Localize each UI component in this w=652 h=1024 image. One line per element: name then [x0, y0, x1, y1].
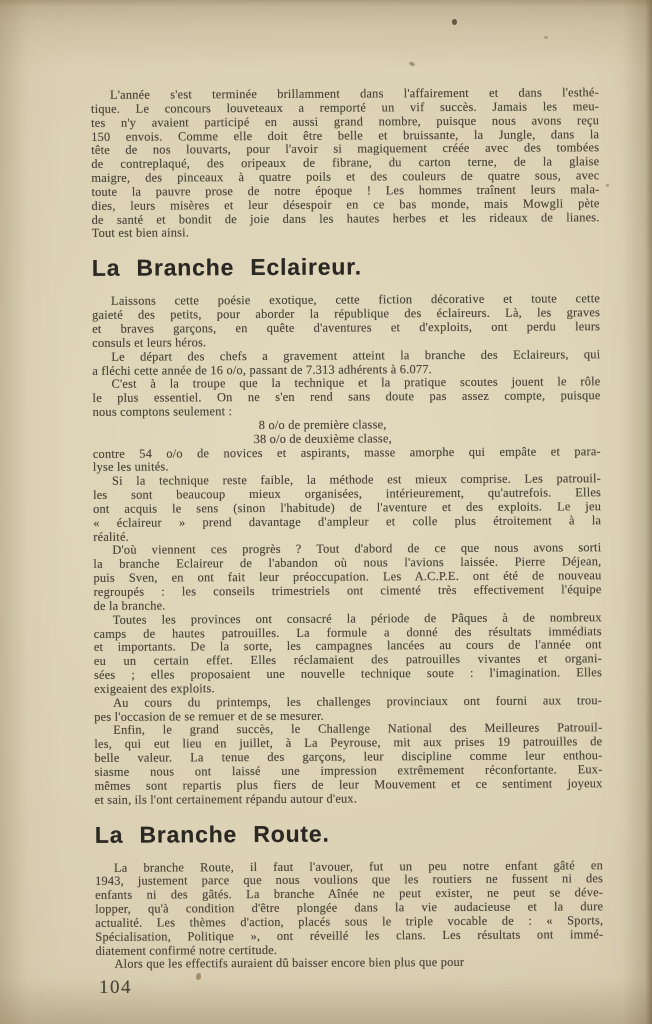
text-line: le plus essentiel. On ne s'en rend sans … [93, 389, 601, 406]
stats-block: 8 o/o de première classe,38 o/o de deuxi… [93, 417, 601, 447]
text-line: Au cours du printemps, les challenges pr… [94, 694, 602, 711]
paragraph: Toutes les provinces ont consacré la pér… [94, 611, 602, 697]
section-heading: La Branche Route. [95, 819, 603, 848]
scanned-book-page: L'année s'est terminée brillamment dans … [0, 0, 652, 1024]
paragraph: D'où viennent ces progrès ? Tout d'abord… [93, 542, 601, 614]
paragraph: L'année s'est terminée brillamment dans … [91, 86, 600, 241]
paragraph: Enfin, le grand succès, le Challenge Nat… [94, 722, 602, 808]
page-number: 104 [99, 977, 132, 999]
paragraph: Alors que les effectifs auraient dû bais… [95, 956, 603, 973]
text-line: Alors que les effectifs auraient dû bais… [95, 956, 603, 973]
paragraph: C'est à la troupe que la technique et la… [92, 376, 600, 420]
paragraph: Laissons cette poésie exotique, cette fi… [92, 293, 600, 351]
paragraph: contre 54 o/o de novices et aspirants, m… [93, 445, 601, 475]
stat-line: 38 o/o de deuxième classe, [69, 431, 577, 448]
paper-speck [606, 184, 609, 187]
text-line: « éclaireur » prend davantage d'ampleur … [93, 514, 601, 531]
text-line: et braves garçons, en quête d'aventures … [92, 320, 600, 337]
paragraph: Au cours du printemps, les challenges pr… [94, 694, 602, 724]
text-line: sées ; elles proposaient une nouvelle te… [94, 666, 602, 683]
section-heading: La Branche Eclaireur. [92, 253, 600, 282]
page-content: L'année s'est terminée brillamment dans … [0, 0, 652, 973]
paragraph: La branche Route, il faut l'avouer, fut … [95, 859, 604, 959]
paragraph: Le départ des chefs a gravement atteint … [92, 348, 600, 378]
paper-speck [452, 19, 457, 25]
paragraph: Si la technique reste faible, la méthode… [93, 472, 601, 544]
text-line: et sain, ils l'ont certainement répandu … [95, 791, 603, 808]
text-line: Tout est bien ainsi. [92, 225, 600, 242]
paper-speck [544, 36, 548, 39]
text-line: regroupés : les conseils trimestriels on… [94, 583, 602, 600]
text-line: Spécialisation, Politique », ont réveill… [95, 928, 603, 945]
paper-speck [196, 973, 201, 980]
